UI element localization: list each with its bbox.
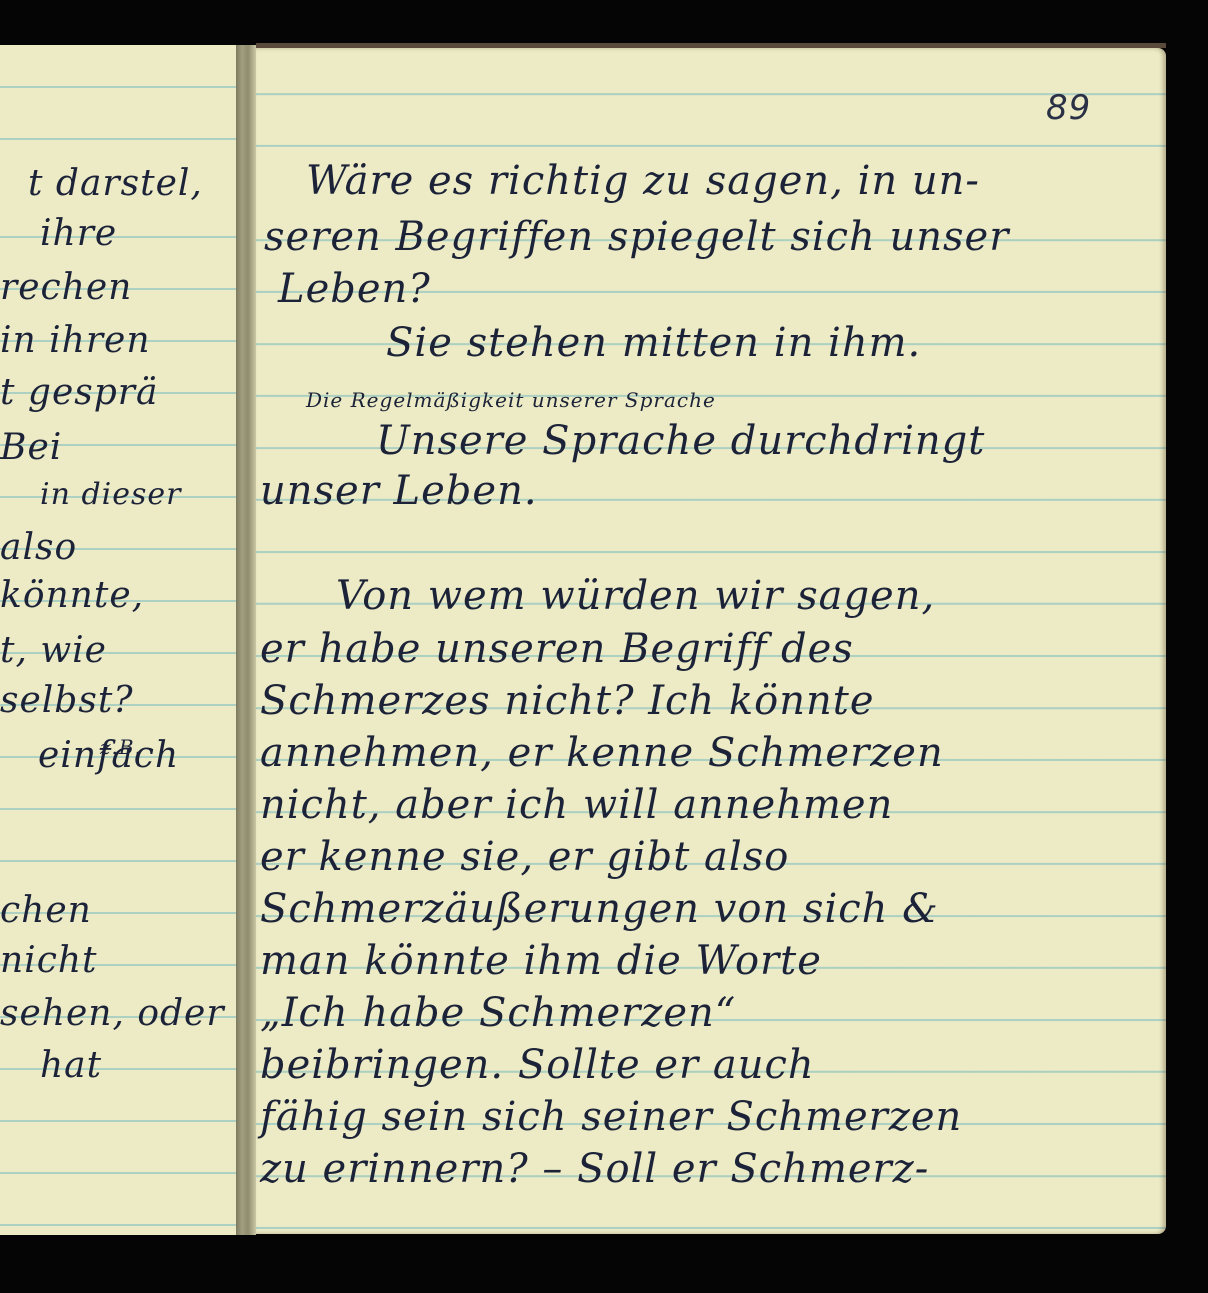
notebook-gutter: [236, 45, 256, 1235]
manuscript-line: Schmerzäußerungen von sich &: [260, 886, 939, 932]
left-line: selbst?: [0, 680, 134, 721]
manuscript-line: seren Begriffen spiegelt sich unser: [264, 214, 1009, 260]
left-line: könnte,: [0, 575, 144, 616]
manuscript-line: Von wem würden wir sagen,: [336, 573, 935, 619]
left-page: t darstel, ihre rechen in ihren t gesprä…: [0, 45, 236, 1235]
left-line: einfach: [38, 735, 179, 776]
manuscript-line: er kenne sie, er gibt also: [260, 834, 789, 880]
manuscript-line: man könnte ihm die Worte: [260, 938, 822, 984]
manuscript-line: Schmerzes nicht? Ich könnte: [260, 678, 875, 724]
manuscript-line: fähig sein sich seiner Schmerzen: [260, 1094, 962, 1140]
manuscript-line: „Ich habe Schmerzen“: [260, 990, 736, 1036]
left-line: sehen, oder: [0, 993, 225, 1034]
left-line: rechen: [0, 267, 132, 308]
right-page: 89 Wäre es richtig zu sagen, in un- sere…: [256, 48, 1166, 1234]
left-line: hat: [40, 1045, 102, 1086]
manuscript-line: annehmen, er kenne Schmerzen: [260, 730, 944, 776]
left-line: nicht: [0, 940, 98, 981]
left-line: ihre: [40, 213, 117, 254]
manuscript-line: unser Leben.: [260, 468, 538, 514]
manuscript-line: Wäre es richtig zu sagen, in un-: [306, 158, 980, 204]
manuscript-line: nicht, aber ich will annehmen: [260, 782, 893, 828]
manuscript-line: Sie stehen mitten in ihm.: [386, 320, 921, 366]
manuscript-line: zu erinnern? – Soll er Schmerz-: [260, 1146, 929, 1192]
left-line: t darstel,: [28, 163, 203, 204]
manuscript-line: Leben?: [278, 266, 431, 312]
page-number: 89: [1046, 88, 1091, 128]
left-line: in ihren: [0, 320, 151, 361]
insertion-line: Die Regelmäßigkeit unserer Sprache: [306, 388, 716, 412]
manuscript-line: beibringen. Sollte er auch: [260, 1042, 815, 1088]
manuscript-line: Unsere Sprache durchdringt: [376, 418, 985, 464]
left-line: t, wie: [0, 630, 107, 671]
left-line: Bei: [0, 427, 62, 468]
left-line: also: [0, 527, 77, 568]
manuscript-line: er habe unseren Begriff des: [260, 626, 854, 672]
left-line: chen: [0, 890, 92, 931]
left-line: in dieser: [40, 477, 182, 512]
left-line: t gesprä: [0, 372, 158, 413]
